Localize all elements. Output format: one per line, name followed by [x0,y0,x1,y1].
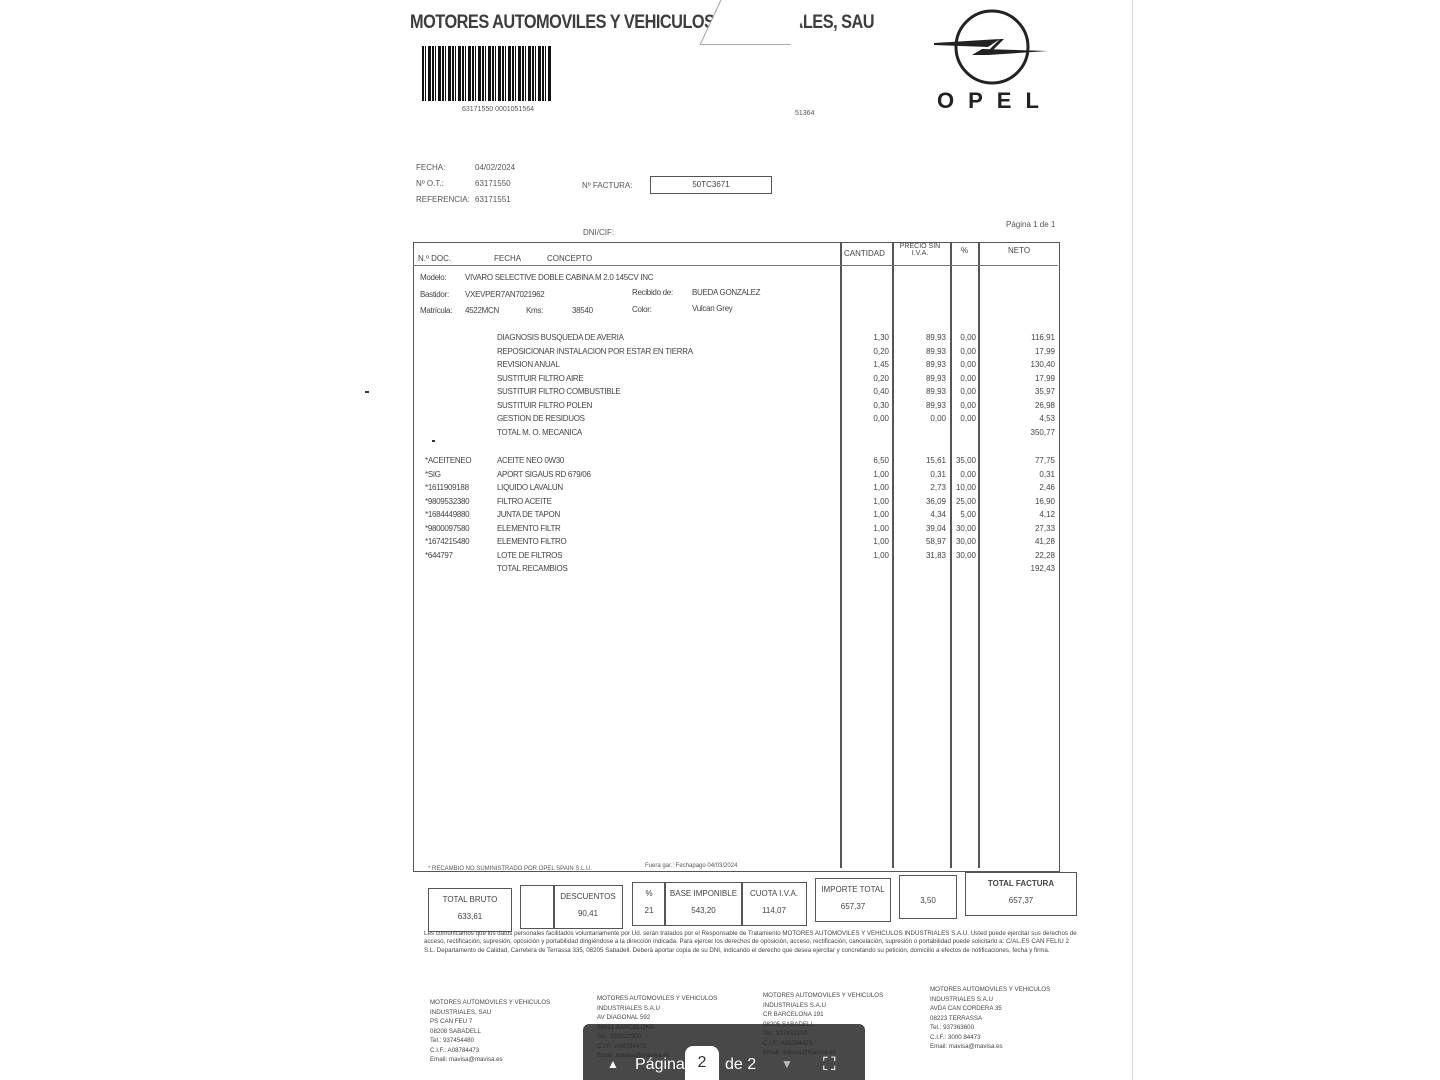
factura-label: Nº FACTURA: [582,181,632,190]
line-net: 350,77 [1010,428,1055,437]
bastidor-value: VXEVPER7AN7021962 [465,290,544,299]
color-value: Vulcan Grey [692,304,732,313]
header-concepto: CONCEPTO [547,254,592,263]
scan-speck [432,440,435,442]
line-quantity: 1,00 [844,470,889,479]
total-bruto-value: 633,61 [429,912,511,921]
extra-box: 3,50 [899,875,957,919]
line-code: *9800097580 [425,524,469,533]
matricula-value: 4522MCN [465,306,499,315]
barcode-number: 63171550 0001051564 [462,106,534,113]
blank-box [520,885,555,929]
line-discount: 25,00 [931,497,976,506]
cuota-value: 114,07 [742,906,806,915]
base-box: BASE IMPONIBLE 543,20 [664,882,743,926]
kms-value: 38540 [572,306,593,315]
header-cantidad: CANTIDAD [844,249,885,258]
line-concept: FILTRO ACEITE [497,497,552,506]
line-net: 130,40 [1010,360,1055,369]
iva-pct-label: % [633,889,665,898]
page-edge [1132,0,1133,1080]
line-quantity: 0,30 [844,401,889,410]
extra-value: 3,50 [900,896,956,905]
cuota-box: CUOTA I.V.A. 114,07 [741,882,807,926]
header-neto: NETO [1008,246,1030,255]
bastidor-label: Bastidor: [420,290,449,299]
line-code: *9809532380 [425,497,469,506]
line-net: 41,28 [1010,537,1055,546]
line-net: 35,97 [1010,387,1055,396]
line-discount: 10,00 [931,483,976,492]
line-quantity: 1,00 [844,483,889,492]
line-discount: 0,00 [931,347,976,356]
address-terrassa: MOTORES AUTOMOVILES Y VEHICULOS INDUSTRI… [930,985,1050,1052]
line-concept: ELEMENTO FILTRO [497,537,566,546]
line-quantity: 0,40 [844,387,889,396]
line-concept: TOTAL M. O. MECANICA [497,428,582,437]
line-code: *1674215480 [425,537,469,546]
descuentos-box: DESCUENTOS 90,41 [553,885,623,929]
column-divider [892,242,894,868]
importe-label: IMPORTE TOTAL [816,885,890,894]
line-concept: REPOSICIONAR INSTALACION POR ESTAR EN TI… [497,347,693,356]
page-navigator: ▲ Página 2 de 2 ▼ ⛶ [583,1024,865,1080]
line-net: 22,28 [1010,551,1055,560]
line-concept: GESTION DE RESIDUOS [497,414,585,423]
line-discount: 0,00 [931,374,976,383]
line-net: 192,43 [1010,564,1055,573]
column-divider [840,242,842,868]
line-net: 17,99 [1010,347,1055,356]
total-factura-box: TOTAL FACTURA 657,37 [965,872,1077,916]
line-quantity: 0,00 [844,414,889,423]
header-precio: PRECIO SIN I.V.A. [895,243,945,257]
footnote-left: * RECAMBIO NO SUMINISTRADO POR OPEL SPAI… [428,866,592,872]
line-net: 4,53 [1010,414,1055,423]
line-code: *1684449880 [425,510,469,519]
line-net: 77,75 [1010,456,1055,465]
line-concept: SUSTITUIR FILTRO POLEN [497,401,592,410]
line-quantity: 1,00 [844,551,889,560]
line-code: *644797 [425,551,453,560]
iva-pct-box: % 21 [632,882,666,926]
line-quantity: 1,00 [844,497,889,506]
line-net: 27,33 [1010,524,1055,533]
line-discount: 0,00 [931,414,976,423]
fecha-label: FECHA: [416,163,445,172]
page-number-input[interactable]: 2 [685,1046,719,1080]
modelo-value: VIVARO SELECTIVE DOBLE CABINA M 2.0 145C… [465,273,653,282]
line-discount: 30,00 [931,551,976,560]
line-net: 0,31 [1010,470,1055,479]
line-net: 16,90 [1010,497,1055,506]
line-discount: 0,00 [931,401,976,410]
ot-value: 63171550 [475,179,511,188]
line-concept: ACEITE NEO 0W30 [497,456,564,465]
line-code: *ACEITENEO [425,456,471,465]
line-discount: 0,00 [931,470,976,479]
line-concept: SUSTITUIR FILTRO COMBUSTIBLE [497,387,620,396]
previous-page-icon[interactable]: ▲ [607,1057,619,1071]
page-indicator: Página 1 de 1 [1006,220,1055,229]
line-discount: 0,00 [931,387,976,396]
reference-code: 51364 [795,110,814,117]
color-label: Color: [632,305,652,314]
line-concept: LIQUIDO LAVALUN [497,483,563,492]
header-fecha: FECHA [494,254,521,263]
descuentos-label: DESCUENTOS [554,892,622,901]
total-bruto-box: TOTAL BRUTO 633,61 [428,888,512,932]
page-total: de 2 [725,1056,756,1074]
brand-wordmark: OPEL [937,88,1053,114]
next-page-icon[interactable]: ▼ [781,1057,793,1071]
header-divider [413,265,1058,266]
page-label: Página [635,1056,685,1074]
scan-speck [365,391,369,393]
dni-label: DNI/CIF: [583,228,614,237]
line-net: 2,46 [1010,483,1055,492]
barcode [422,46,552,101]
recibido-label: Recibido de: [632,288,673,297]
line-quantity: 6,50 [844,456,889,465]
column-divider [978,242,980,868]
line-concept: LOTE DE FILTROS [497,551,562,560]
address-sabadell: MOTORES AUTOMOVILES Y VEHICULOS INDUSTRI… [430,998,550,1065]
line-quantity: 1,45 [844,360,889,369]
line-concept: APORT SIGAUS RD 679/06 [497,470,591,479]
line-concept: DIAGNOSIS BUSQUEDA DE AVERIA [497,333,624,342]
line-quantity: 0,20 [844,347,889,356]
line-quantity: 1,00 [844,537,889,546]
ot-label: Nº O.T.: [416,179,444,188]
line-concept: JUNTA DE TAPON [497,510,560,519]
line-discount: 30,00 [931,524,976,533]
importe-box: IMPORTE TOTAL 657,37 [815,878,891,922]
matricula-label: Matrícula: [420,306,452,315]
recibido-value: BUEDA GONZALEZ [692,288,760,297]
referencia-value: 63171551 [475,195,511,204]
line-concept: REVISION ANUAL [497,360,560,369]
modelo-label: Modelo: [420,273,446,282]
line-discount: 5,00 [931,510,976,519]
header-doc: N.º DOC. [418,254,451,263]
line-quantity: 0,20 [844,374,889,383]
line-code: *SIG [425,470,441,479]
line-net: 116,91 [1010,333,1055,342]
base-value: 543,20 [665,906,742,915]
line-discount: 35,00 [931,456,976,465]
line-discount: 0,00 [931,360,976,369]
total-bruto-label: TOTAL BRUTO [429,895,511,904]
legal-notice: Les comunicamos que los datos personales… [424,930,1079,955]
line-discount: 30,00 [931,537,976,546]
line-concept: SUSTITUIR FILTRO AIRE [497,374,583,383]
line-concept: ELEMENTO FILTR [497,524,561,533]
descuentos-value: 90,41 [554,909,622,918]
factura-number: 50TC3671 [650,176,772,194]
line-concept: TOTAL RECAMBIOS [497,564,567,573]
iva-pct-value: 21 [633,906,665,915]
importe-value: 657,37 [816,902,890,911]
kms-label: Kms: [526,306,543,315]
line-discount: 0,00 [931,333,976,342]
line-net: 26,98 [1010,401,1055,410]
line-code: *1611909188 [425,483,469,492]
line-net: 4,12 [1010,510,1055,519]
footnote-mid: Fuera gar.: Fechapago 04/03/2024 [645,863,737,869]
cuota-label: CUOTA I.V.A. [742,889,806,898]
line-quantity: 1,00 [844,524,889,533]
line-quantity: 1,30 [844,333,889,342]
line-net: 17,99 [1010,374,1055,383]
header-dto: % [961,246,968,255]
base-label: BASE IMPONIBLE [665,889,742,898]
total-factura-label: TOTAL FACTURA [966,879,1076,888]
referencia-label: REFERENCIA: [416,195,470,204]
fullscreen-icon[interactable]: ⛶ [823,1054,836,1075]
company-name: MOTORES AUTOMOVILES Y VEHICULOS INDUSTRI… [410,12,874,34]
fecha-value: 04/02/2024 [475,163,515,172]
line-quantity: 1,00 [844,510,889,519]
total-factura-value: 657,37 [966,896,1076,905]
